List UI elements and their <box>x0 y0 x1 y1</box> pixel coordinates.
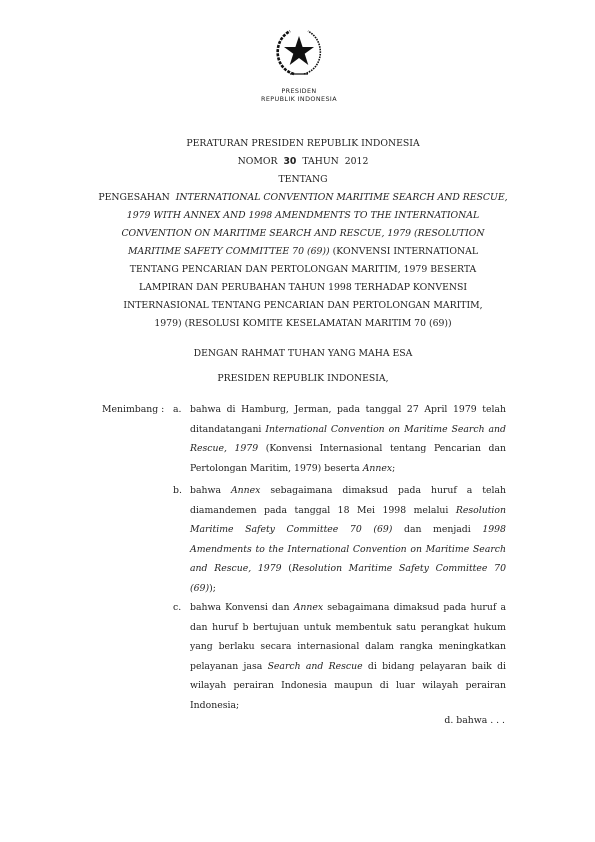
regulation-title: PERATURAN PRESIDEN REPUBLIK INDONESIA <box>96 138 510 150</box>
subject-line-1: PENGESAHAN INTERNATIONAL CONVENTION MARI… <box>96 192 510 204</box>
tentang-heading: TENTANG <box>96 174 510 186</box>
presidential-emblem-icon <box>272 26 326 80</box>
item-a-marker: a. <box>173 400 182 420</box>
subject-line-7: INTERNASIONAL TENTANG PENCARIAN DAN PERT… <box>96 300 510 312</box>
emblem-caption-republik: REPUBLIK INDONESIA <box>220 95 378 103</box>
text-run: ( <box>282 563 292 574</box>
page-continuation: d. bahwa . . . <box>444 711 505 731</box>
consideration-item-b: bahwa Annex sebagaimana dimaksud pada hu… <box>190 481 506 599</box>
consideration-item-a: bahwa di Hamburg, Jerman, pada tanggal 2… <box>190 400 506 478</box>
item-b-marker: b. <box>173 481 182 501</box>
subject-konvensi: (KONVENSI INTERNATIONAL <box>333 246 478 257</box>
nomor-label: NOMOR <box>238 156 278 167</box>
text-run: ; <box>392 463 395 474</box>
subject-line-4: MARITIME SAFETY COMMITTEE 70 (69)) (KONV… <box>96 246 510 258</box>
regulation-number: NOMOR 30 TAHUN 2012 <box>96 156 510 168</box>
italic-text-run: Annex <box>363 463 392 474</box>
subject-resolution: MARITIME SAFETY COMMITTEE 70 (69)) <box>128 246 330 257</box>
italic-text-run: Search and Rescue <box>268 661 363 672</box>
italic-text-run: Annex <box>231 485 260 496</box>
tahun-label: TAHUN <box>302 156 338 167</box>
subject-convention-title: INTERNATIONAL CONVENTION MARITIME SEARCH… <box>176 192 508 203</box>
text-run: ); <box>209 583 216 594</box>
rahmat-line: DENGAN RAHMAT TUHAN YANG MAHA ESA <box>96 348 510 360</box>
nomor-value: 30 <box>283 156 296 167</box>
text-run: dan menjadi <box>392 524 482 535</box>
subject-pengesahan: PENGESAHAN <box>98 192 169 203</box>
subject-line-5: TENTANG PENCARIAN DAN PERTOLONGAN MARITI… <box>96 264 510 276</box>
subject-line-3: CONVENTION ON MARITIME SEARCH AND RESCUE… <box>96 228 510 240</box>
text-run: bahwa Konvensi dan <box>190 602 294 613</box>
presiden-line: PRESIDEN REPUBLIK INDONESIA, <box>96 373 510 385</box>
subject-line-6: LAMPIRAN DAN PERUBAHAN TAHUN 1998 TERHAD… <box>96 282 510 294</box>
document-page: PRESIDEN REPUBLIK INDONESIA PERATURAN PR… <box>0 0 595 842</box>
italic-text-run: Annex <box>294 602 323 613</box>
menimbang-label: Menimbang : <box>102 400 164 420</box>
subject-line-2: 1979 WITH ANNEX AND 1998 AMENDMENTS TO T… <box>96 210 510 222</box>
emblem-caption-presiden: PRESIDEN <box>220 87 378 95</box>
text-run: bahwa <box>190 485 231 496</box>
tahun-value: 2012 <box>345 156 369 167</box>
item-c-marker: c. <box>173 598 181 618</box>
subject-line-8: 1979) (RESOLUSI KOMITE KESELAMATAN MARIT… <box>96 318 510 330</box>
consideration-item-c: bahwa Konvensi dan Annex sebagaimana dim… <box>190 598 506 716</box>
